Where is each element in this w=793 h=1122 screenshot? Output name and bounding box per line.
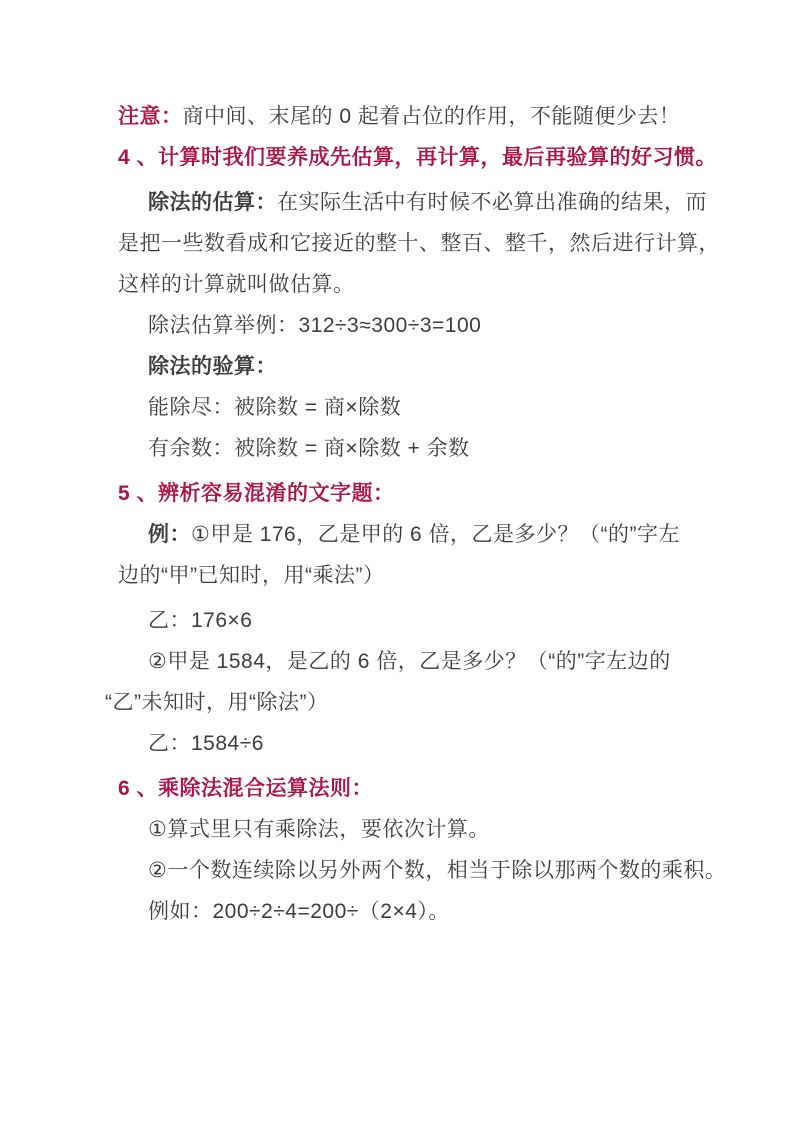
text-run: “乙”未知时，用“除法”） (105, 691, 328, 714)
example-1-answer: 乙：176×6 (118, 600, 693, 641)
text-run: 有余数：被除数 = 商×除数 + 余数 (148, 437, 470, 460)
bold-text-run: 除法的验算： (148, 355, 277, 378)
mixed-rule-example: 例如：200÷2÷4=200÷（2×4）。 (118, 891, 693, 932)
accent-text-run: 4 、计算时我们要养成先估算，再计算，最后再验算的好习惯。 (118, 146, 717, 169)
example-2-line-2: “乙”未知时，用“除法”） (105, 682, 693, 723)
check-exact-line: 能除尽：被除数 = 商×除数 (118, 387, 693, 428)
accent-text-run: 5 、辨析容易混淆的文字题： (118, 482, 395, 505)
text-run: 除法估算举例：312÷3≈300÷3=100 (148, 314, 481, 337)
division-estimation-definition-line-1: 除法的估算：在实际生活中有时候不必算出准确的结果，而 (118, 182, 693, 223)
text-run: 乙：176×6 (148, 609, 252, 632)
accent-text-run: 注意： (118, 105, 183, 128)
text-run: 边的“甲”已知时，用“乘法”） (118, 564, 384, 587)
note-line: 注意：商中间、末尾的 0 起着占位的作用，不能随便少去！ (118, 96, 693, 137)
text-run: 是把一些数看成和它接近的整十、整百、整千，然后进行计算， (118, 232, 720, 255)
division-estimation-definition-line-3: 这样的计算就叫做估算。 (118, 264, 693, 305)
document-page: 注意：商中间、末尾的 0 起着占位的作用，不能随便少去！4 、计算时我们要养成先… (0, 0, 793, 1122)
mixed-rule-1: ①算式里只有乘除法，要依次计算。 (118, 809, 693, 850)
section-5-heading: 5 、辨析容易混淆的文字题： (118, 473, 693, 514)
section-6-heading: 6 、乘除法混合运算法则： (118, 768, 693, 809)
division-check-heading: 除法的验算： (118, 346, 693, 387)
text-run: 乙：1584÷6 (148, 732, 264, 755)
example-2-line-1: ②甲是 1584，是乙的 6 倍，乙是多少？（“的”字左边的 (118, 641, 693, 682)
text-run: 能除尽：被除数 = 商×除数 (148, 396, 401, 419)
text-run: ①甲是 176，乙是甲的 6 倍，乙是多少？（“的”字左 (191, 523, 680, 546)
text-run: ②一个数连续除以另外两个数，相当于除以那两个数的乘积。 (148, 859, 726, 882)
section-4-heading: 4 、计算时我们要养成先估算，再计算，最后再验算的好习惯。 (118, 137, 693, 178)
bold-text-run: 例： (148, 523, 191, 546)
document-body: 注意：商中间、末尾的 0 起着占位的作用，不能随便少去！4 、计算时我们要养成先… (0, 0, 793, 932)
example-2-answer: 乙：1584÷6 (118, 723, 693, 764)
text-run: ①算式里只有乘除法，要依次计算。 (148, 818, 490, 841)
division-estimation-definition-line-2: 是把一些数看成和它接近的整十、整百、整千，然后进行计算， (118, 223, 693, 264)
bold-text-run: 除法的估算： (148, 191, 277, 214)
accent-text-run: 6 、乘除法混合运算法则： (118, 777, 373, 800)
example-1-line-2: 边的“甲”已知时，用“乘法”） (118, 555, 693, 596)
text-run: 例如：200÷2÷4=200÷（2×4）。 (148, 900, 450, 923)
estimation-example-line: 除法估算举例：312÷3≈300÷3=100 (118, 305, 693, 346)
text-run: ②甲是 1584，是乙的 6 倍，乙是多少？（“的”字左边的 (148, 650, 671, 673)
check-remainder-line: 有余数：被除数 = 商×除数 + 余数 (118, 428, 693, 469)
text-run: 在实际生活中有时候不必算出准确的结果，而 (277, 191, 707, 214)
mixed-rule-2: ②一个数连续除以另外两个数，相当于除以那两个数的乘积。 (118, 850, 693, 891)
text-run: 这样的计算就叫做估算。 (118, 273, 355, 296)
text-run: 商中间、末尾的 0 起着占位的作用，不能随便少去！ (183, 105, 681, 128)
example-1-line-1: 例：①甲是 176，乙是甲的 6 倍，乙是多少？（“的”字左 (118, 514, 693, 555)
